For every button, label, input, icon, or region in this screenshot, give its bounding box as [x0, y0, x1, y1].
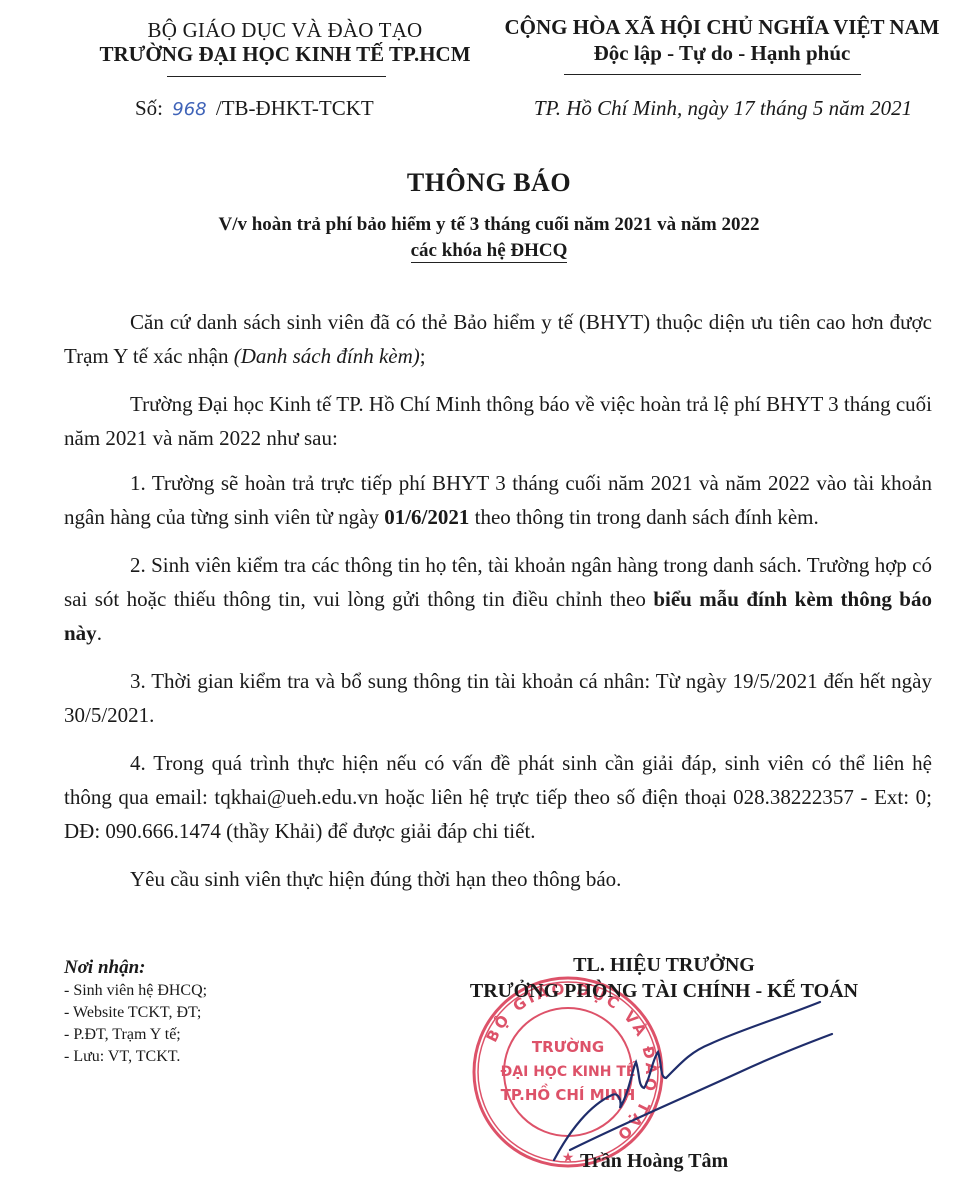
paragraph-basis: Căn cứ danh sách sinh viên đã có thẻ Bảo…	[64, 305, 932, 373]
recipient-item: - Website TCKT, ĐT;	[64, 1002, 384, 1024]
recipients-title: Nơi nhận:	[64, 956, 384, 980]
item-4: 4. Trong quá trình thực hiện nếu có vấn …	[64, 746, 932, 848]
ministry-name: BỘ GIÁO DỤC VÀ ĐÀO TẠO	[60, 18, 510, 42]
issuer-header: BỘ GIÁO DỤC VÀ ĐÀO TẠO TRƯỜNG ĐẠI HỌC KI…	[60, 18, 510, 66]
recipients-block: Nơi nhận: - Sinh viên hệ ĐHCQ; - Website…	[64, 956, 384, 1068]
school-name: TRƯỜNG ĐẠI HỌC KINH TẾ TP.HCM	[60, 42, 510, 66]
recipient-item: - Sinh viên hệ ĐHCQ;	[64, 980, 384, 1002]
contact-email: tqkhai@ueh.edu.vn	[214, 785, 378, 809]
header-divider-right	[564, 74, 861, 75]
svg-text:TP.HỒ CHÍ MINH: TP.HỒ CHÍ MINH	[501, 1082, 636, 1104]
paragraph-intro: Trường Đại học Kinh tế TP. Hồ Chí Minh t…	[64, 387, 932, 455]
svg-text:ĐẠI HỌC KINH TẾ: ĐẠI HỌC KINH TẾ	[501, 1061, 636, 1080]
document-body: Căn cứ danh sách sinh viên đã có thẻ Bảo…	[64, 305, 932, 910]
signatory-position: TRƯỞNG PHÒNG TÀI CHÍNH - KẾ TOÁN	[404, 978, 924, 1004]
subject-line-2: các khóa hệ ĐHCQ	[411, 240, 568, 263]
svg-text:TRƯỜNG: TRƯỜNG	[532, 1037, 604, 1056]
signer-name: Trần Hoàng Tâm	[580, 1148, 728, 1174]
doc-number-suffix: /TB-ĐHKT-TCKT	[216, 96, 374, 120]
nation-name: CỘNG HÒA XÃ HỘI CHỦ NGHĨA VIỆT NAM	[482, 14, 962, 40]
item-3: 3. Thời gian kiểm tra và bổ sung thông t…	[64, 664, 932, 732]
svg-text:★: ★	[562, 1150, 575, 1166]
national-header: CỘNG HÒA XÃ HỘI CHỦ NGHĨA VIỆT NAM Độc l…	[482, 14, 962, 66]
item-2: 2. Sinh viên kiểm tra các thông tin họ t…	[64, 548, 932, 650]
signature-block: TL. HIỆU TRƯỞNG TRƯỞNG PHÒNG TÀI CHÍNH -…	[404, 952, 924, 1004]
item-1: 1. Trường sẽ hoàn trả trực tiếp phí BHYT…	[64, 466, 932, 534]
signatory-authority: TL. HIỆU TRƯỞNG	[404, 952, 924, 978]
place-date: TP. Hồ Chí Minh, ngày 17 tháng 5 năm 202…	[492, 95, 954, 121]
subject-line-1: V/v hoàn trả phí bảo hiểm y tế 3 tháng c…	[0, 212, 978, 238]
recipient-item: - P.ĐT, Trạm Y tế;	[64, 1024, 384, 1046]
document-title: THÔNG BÁO	[0, 168, 978, 198]
recipient-item: - Lưu: VT, TCKT.	[64, 1046, 384, 1068]
document-subject: V/v hoàn trả phí bảo hiểm y tế 3 tháng c…	[0, 212, 978, 264]
national-motto: Độc lập - Tự do - Hạnh phúc	[482, 40, 962, 66]
header-divider-left	[167, 76, 386, 77]
document-number: Số: 968 /TB-ĐHKT-TCKT	[135, 95, 374, 123]
doc-number-prefix: Số:	[135, 96, 163, 120]
paragraph-closing: Yêu cầu sinh viên thực hiện đúng thời hạ…	[64, 862, 932, 896]
doc-number-handwritten: 968	[172, 99, 206, 120]
